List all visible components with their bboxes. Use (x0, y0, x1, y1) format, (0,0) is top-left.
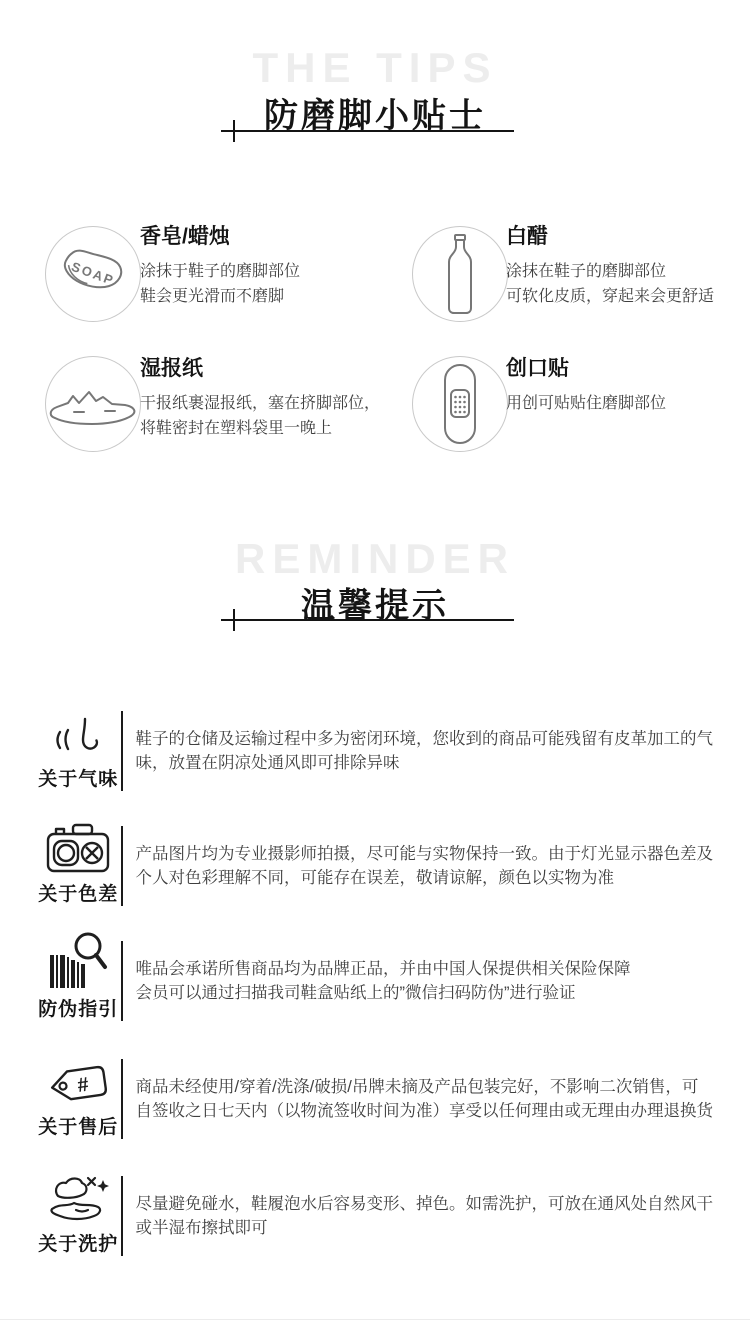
tip-title: 香皂/蜡烛 (140, 224, 402, 250)
tip-newspaper: 湿报纸 干报纸裹湿报纸，塞在挤脚部位， 将鞋密封在塑料袋里一晚上 (140, 356, 408, 441)
reminder-text: 产品图片均为专业摄影师拍摄，尽可能与实物保持一致。由于灯光显示器色差及 个人对色… (136, 842, 723, 890)
reminder-row-aftersales: # 关于售后 商品未经使用/穿着/洗涤/破损/吊牌未摘及产品包装完好，不影响二次… (38, 1059, 722, 1139)
reminder-title-underline (221, 619, 514, 621)
reminder-label: 关于色差 (38, 879, 118, 906)
reminder-row-anticounterfeit: 防伪指引 唯品会承诺所售商品均为品牌正品，并由中国人保提供相关保险保障 会员可以… (38, 941, 722, 1021)
reminder-text: 鞋子的仓储及运输过程中多为密闭环境，您收到的商品可能残留有皮革加工的气 味，放置… (136, 727, 723, 775)
tip-desc: 涂抹于鞋子的磨脚部位 鞋会更光滑而不磨脚 (140, 259, 402, 309)
tip-desc: 涂抹在鞋子的磨脚部位 可软化皮质，穿起来会更舒适 (506, 259, 744, 309)
tip-vinegar-circle (412, 226, 508, 322)
reminder-odor-left: 关于气味 (38, 711, 119, 791)
reminder-row-odor: 关于气味 鞋子的仓储及运输过程中多为密闭环境，您收到的商品可能残留有皮革加工的气… (38, 711, 722, 791)
soap-icon-label: SOAP (70, 259, 117, 288)
reminder-label: 关于洗护 (38, 1229, 118, 1256)
shoe-care-infographic: THE TIPS 防磨脚小贴士 SOAP 香皂/蜡烛 涂抹于鞋子的磨脚部位 鞋会… (0, 0, 750, 1321)
soap-icon: SOAP (54, 243, 132, 305)
reminder-divider (121, 1176, 123, 1256)
reminder-divider (121, 711, 123, 791)
reminder-label: 防伪指引 (38, 994, 118, 1021)
reminder-label: 关于气味 (38, 764, 118, 791)
reminder-divider (121, 941, 123, 1021)
reminder-care-left: 关于洗护 (38, 1176, 119, 1256)
reminder-aftersales-left: # 关于售后 (38, 1059, 119, 1139)
reminder-label: 关于售后 (38, 1112, 118, 1139)
tip-soap: 香皂/蜡烛 涂抹于鞋子的磨脚部位 鞋会更光滑而不磨脚 (140, 224, 402, 309)
newspaper-icon (47, 379, 139, 429)
tip-newspaper-circle (45, 356, 141, 452)
tips-underline-tick (233, 120, 235, 142)
tips-title-underline (221, 130, 514, 132)
tip-title: 创口贴 (506, 356, 744, 382)
reminder-underline-tick (233, 609, 235, 631)
reminder-divider (121, 826, 123, 906)
reminder-divider (121, 1059, 123, 1139)
tip-title: 湿报纸 (140, 356, 408, 382)
nose-icon (52, 715, 104, 759)
reminder-color-left: 关于色差 (38, 826, 119, 906)
tip-desc: 用创可贴贴住磨脚部位 (506, 391, 744, 416)
reminder-anticounterfeit-left: 防伪指引 (38, 941, 119, 1021)
tip-soap-circle: SOAP (45, 226, 141, 322)
price-tag-icon: # (45, 1061, 111, 1107)
reminder-text: 商品未经使用/穿着/洗涤/破损/吊牌未摘及产品包装完好，不影响二次销售，可 自签… (136, 1075, 723, 1123)
bottle-icon (442, 233, 478, 315)
tip-desc: 干报纸裹湿报纸，塞在挤脚部位， 将鞋密封在塑料袋里一晚上 (140, 391, 408, 441)
reminder-watermark: REMINDER (0, 535, 750, 583)
tip-bandaid-circle (412, 356, 508, 452)
reminder-row-care: 关于洗护 尽量避免碰水，鞋履泡水后容易变形、掉色。如需洗护，可放在通风处自然风干… (38, 1176, 722, 1256)
reminder-row-color: 关于色差 产品图片均为专业摄影师拍摄，尽可能与实物保持一致。由于灯光显示器色差及… (38, 826, 722, 906)
barcode-magnifier-icon (48, 931, 108, 989)
tips-watermark: THE TIPS (0, 44, 750, 92)
tip-vinegar: 白醋 涂抹在鞋子的磨脚部位 可软化皮质，穿起来会更舒适 (506, 224, 744, 309)
bottom-divider (0, 1319, 750, 1320)
tip-title: 白醋 (506, 224, 744, 250)
bandaid-icon (441, 362, 479, 446)
tag-hash-glyph: # (76, 1074, 90, 1097)
tip-bandaid: 创口贴 用创可贴贴住磨脚部位 (506, 356, 744, 416)
camera-icon (46, 822, 110, 874)
hand-wash-icon (46, 1172, 110, 1224)
reminder-text: 尽量避免碰水，鞋履泡水后容易变形、掉色。如需洗护，可放在通风处自然风干 或半湿布… (136, 1192, 723, 1240)
reminder-text: 唯品会承诺所售商品均为品牌正品，并由中国人保提供相关保险保障 会员可以通过扫描我… (136, 957, 723, 1005)
